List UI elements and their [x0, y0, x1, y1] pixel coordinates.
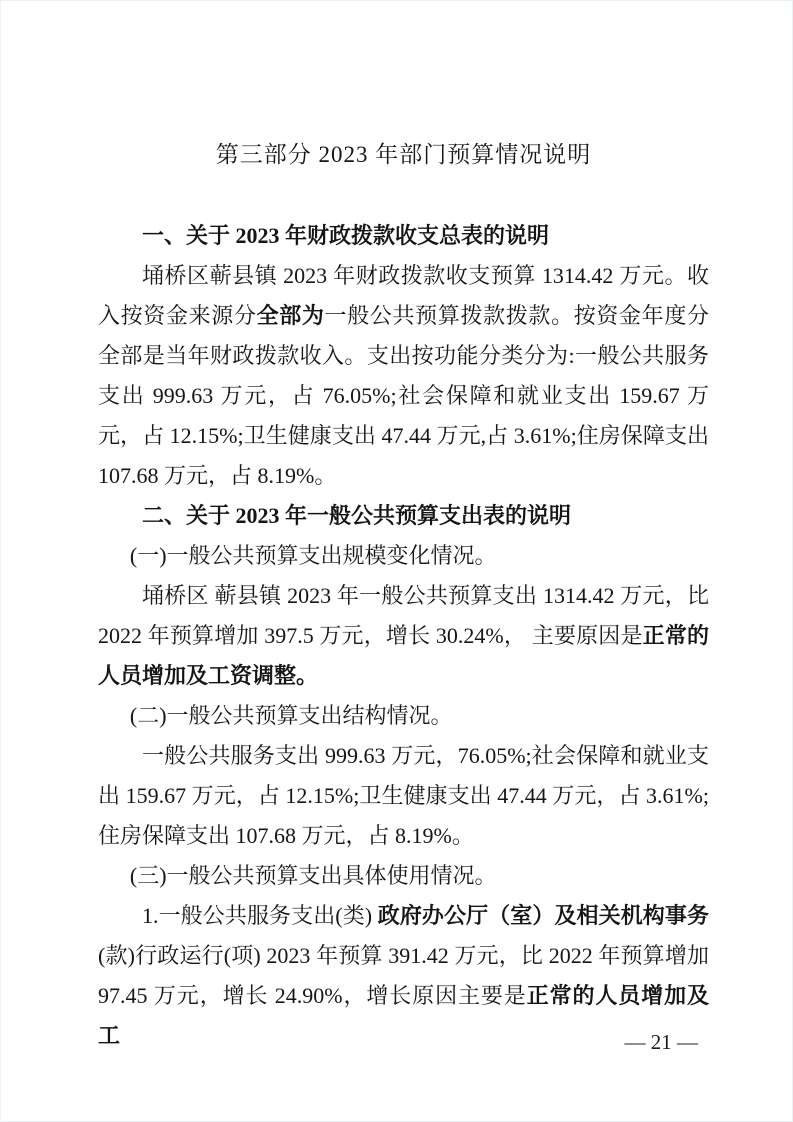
text-run: 一般公共预算拨款拨款。按资金年度分全部是当年财政拨款收入。支出按功能分类分为:一…: [98, 303, 709, 488]
text-run: (一)一般公共预算支出规模变化情况。: [130, 543, 497, 568]
section-2-heading: 二、关于 2023 年一般公共预算支出表的说明: [98, 496, 709, 536]
text-run: 埇桥区 蕲县镇 2023 年一般公共预算支出 1314.42 万元，比 2022…: [98, 583, 709, 648]
section-2-subitem-2: (二)一般公共预算支出结构情况。: [98, 696, 709, 736]
document-page: 第三部分 2023 年部门预算情况说明 一、关于 2023 年财政拨款收支总表的…: [0, 0, 793, 1122]
section-2-subitem-1: (一)一般公共预算支出规模变化情况。: [98, 536, 709, 576]
section-1-heading: 一、关于 2023 年财政拨款收支总表的说明: [98, 216, 709, 256]
text-run: 一般公共服务支出 999.63 万元，76.05%;社会保障和就业支出 159.…: [98, 743, 709, 848]
bold-text-run: 全部为: [257, 303, 325, 328]
text-run: 1.一般公共服务支出(类): [142, 903, 378, 928]
document-title: 第三部分 2023 年部门预算情况说明: [98, 138, 709, 172]
document-body: 一、关于 2023 年财政拨款收支总表的说明 埇桥区蕲县镇 2023 年财政拨款…: [98, 216, 709, 1056]
section-2-paragraph-1: 埇桥区 蕲县镇 2023 年一般公共预算支出 1314.42 万元，比 2022…: [98, 576, 709, 696]
section-2-paragraph-2: 一般公共服务支出 999.63 万元，76.05%;社会保障和就业支出 159.…: [98, 736, 709, 856]
section-2-subitem-3: (三)一般公共预算支出具体使用情况。: [98, 856, 709, 896]
text-run: (三)一般公共预算支出具体使用情况。: [130, 863, 497, 888]
text-run: (二)一般公共预算支出结构情况。: [130, 703, 453, 728]
page-number: — 21 —: [625, 1027, 699, 1057]
section-1-paragraph-1: 埇桥区蕲县镇 2023 年财政拨款收支预算 1314.42 万元。收入按资金来源…: [98, 256, 709, 496]
bold-text-run: 政府办公厅（室）及相关机构事务: [378, 903, 709, 928]
section-2-item-1: 1.一般公共服务支出(类) 政府办公厅（室）及相关机构事务(款)行政运行(项) …: [98, 896, 709, 1056]
